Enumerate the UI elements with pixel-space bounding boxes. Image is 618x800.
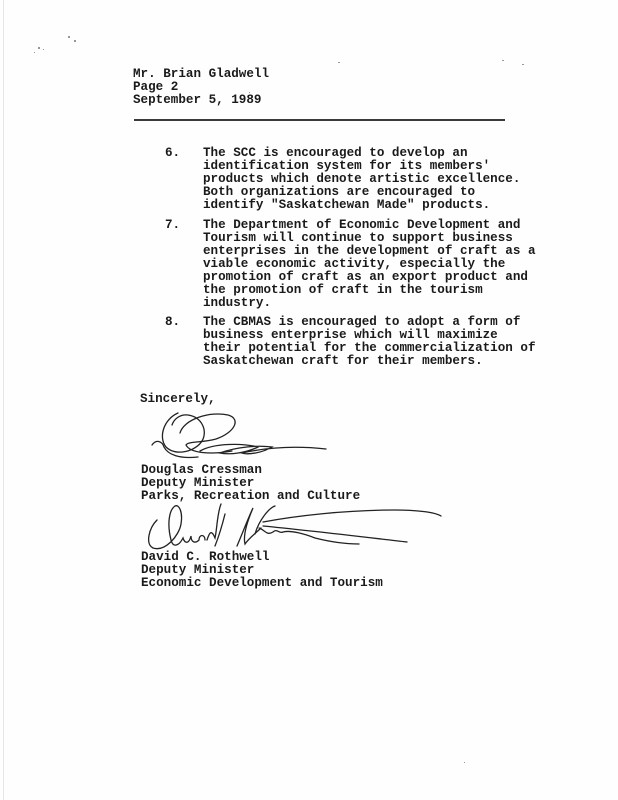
- scan-speck: [522, 64, 524, 65]
- signatory-block: David C. Rothwell Deputy Minister Econom…: [141, 551, 383, 590]
- text-line: industry.: [203, 297, 618, 310]
- scan-speck: [464, 762, 465, 763]
- text-line: Saskatchewan craft for their members.: [203, 355, 618, 368]
- signatory-block: Douglas Cressman Deputy Minister Parks, …: [141, 464, 360, 503]
- scan-speck: [338, 62, 340, 63]
- scan-speck: [68, 36, 70, 38]
- signatory-department: Economic Development and Tourism: [141, 577, 383, 590]
- letter-date: September 5, 1989: [133, 94, 269, 107]
- header-rule: [134, 119, 505, 121]
- scan-edge: [3, 0, 4, 800]
- scan-speck: [74, 40, 76, 42]
- scan-speck: [38, 47, 40, 49]
- letter-page: Mr. Brian Gladwell Page 2 September 5, 1…: [0, 0, 618, 800]
- item-number: 6.: [165, 147, 180, 160]
- item-number: 7.: [165, 219, 180, 232]
- signature-rothwell: [145, 500, 445, 555]
- signature-cressman: [150, 405, 330, 465]
- scan-speck: [502, 60, 504, 61]
- item-text: The Department of Economic Development a…: [203, 219, 618, 310]
- letter-header: Mr. Brian Gladwell Page 2 September 5, 1…: [133, 68, 269, 107]
- scan-speck: [43, 49, 44, 50]
- item-number: 8.: [165, 316, 180, 329]
- item-text: The SCC is encouraged to develop an iden…: [203, 147, 618, 212]
- item-text: The CBMAS is encouraged to adopt a form …: [203, 316, 618, 368]
- text-line: identify "Saskatchewan Made" products.: [203, 199, 618, 212]
- scan-speck: [34, 52, 35, 53]
